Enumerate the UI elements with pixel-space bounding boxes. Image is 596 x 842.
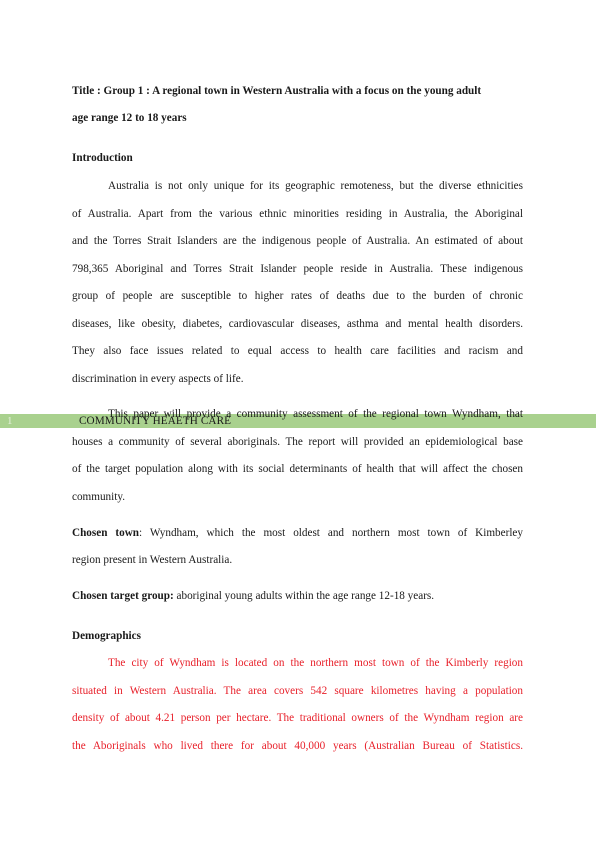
intro-p1-line: diseases, like obesity, diabetes, cardio… [72,317,523,331]
document-title-line-2: age range 12 to 18 years [72,111,523,125]
demographics-line: the Aboriginals who lived there for abou… [72,739,523,753]
chosen-town-line-2: region present in Western Australia. [72,553,523,567]
chosen-town-text: : Wyndham, which the most oldest and nor… [139,527,523,539]
demographics-line: The city of Wyndham is located on the no… [72,656,523,670]
intro-p2-line: houses a community of several aboriginal… [72,435,523,449]
demographics-line: density of about 4.21 person per hectare… [72,711,523,725]
intro-p1-line: Australia is not only unique for its geo… [72,179,523,193]
demographics-line: situated in Western Australia. The area … [72,684,523,698]
chosen-town-line-1: Chosen town: Wyndham, which the most old… [72,526,523,540]
introduction-heading: Introduction [72,151,523,165]
intro-p1-line: of Australia. Apart from the various eth… [72,207,523,221]
demographics-heading: Demographics [72,629,523,643]
chosen-target-group: Chosen target group: aboriginal young ad… [72,589,523,603]
intro-p2-line: This paper will provide a community asse… [72,407,523,421]
intro-p1-line: They also face issues related to equal a… [72,344,523,358]
chosen-target-group-label: Chosen target group: [72,590,174,602]
intro-p1-line: 798,365 Aboriginal and Torres Strait Isl… [72,262,523,276]
intro-p2-line: community. [72,490,523,504]
intro-p1-line: group of people are susceptible to highe… [72,289,523,303]
intro-p1-line: discrimination in every aspects of life. [72,372,523,386]
document-page: Title : Group 1 : A regional town in Wes… [0,0,596,842]
document-title-line-1: Title : Group 1 : A regional town in Wes… [72,84,523,98]
intro-p1-line: and the Torres Strait Islanders are the … [72,234,523,248]
page-number: 1 [7,414,13,428]
chosen-town-label: Chosen town [72,527,139,539]
chosen-target-group-text: aboriginal young adults within the age r… [174,590,434,602]
intro-p2-line: of the target population along with its … [72,462,523,476]
